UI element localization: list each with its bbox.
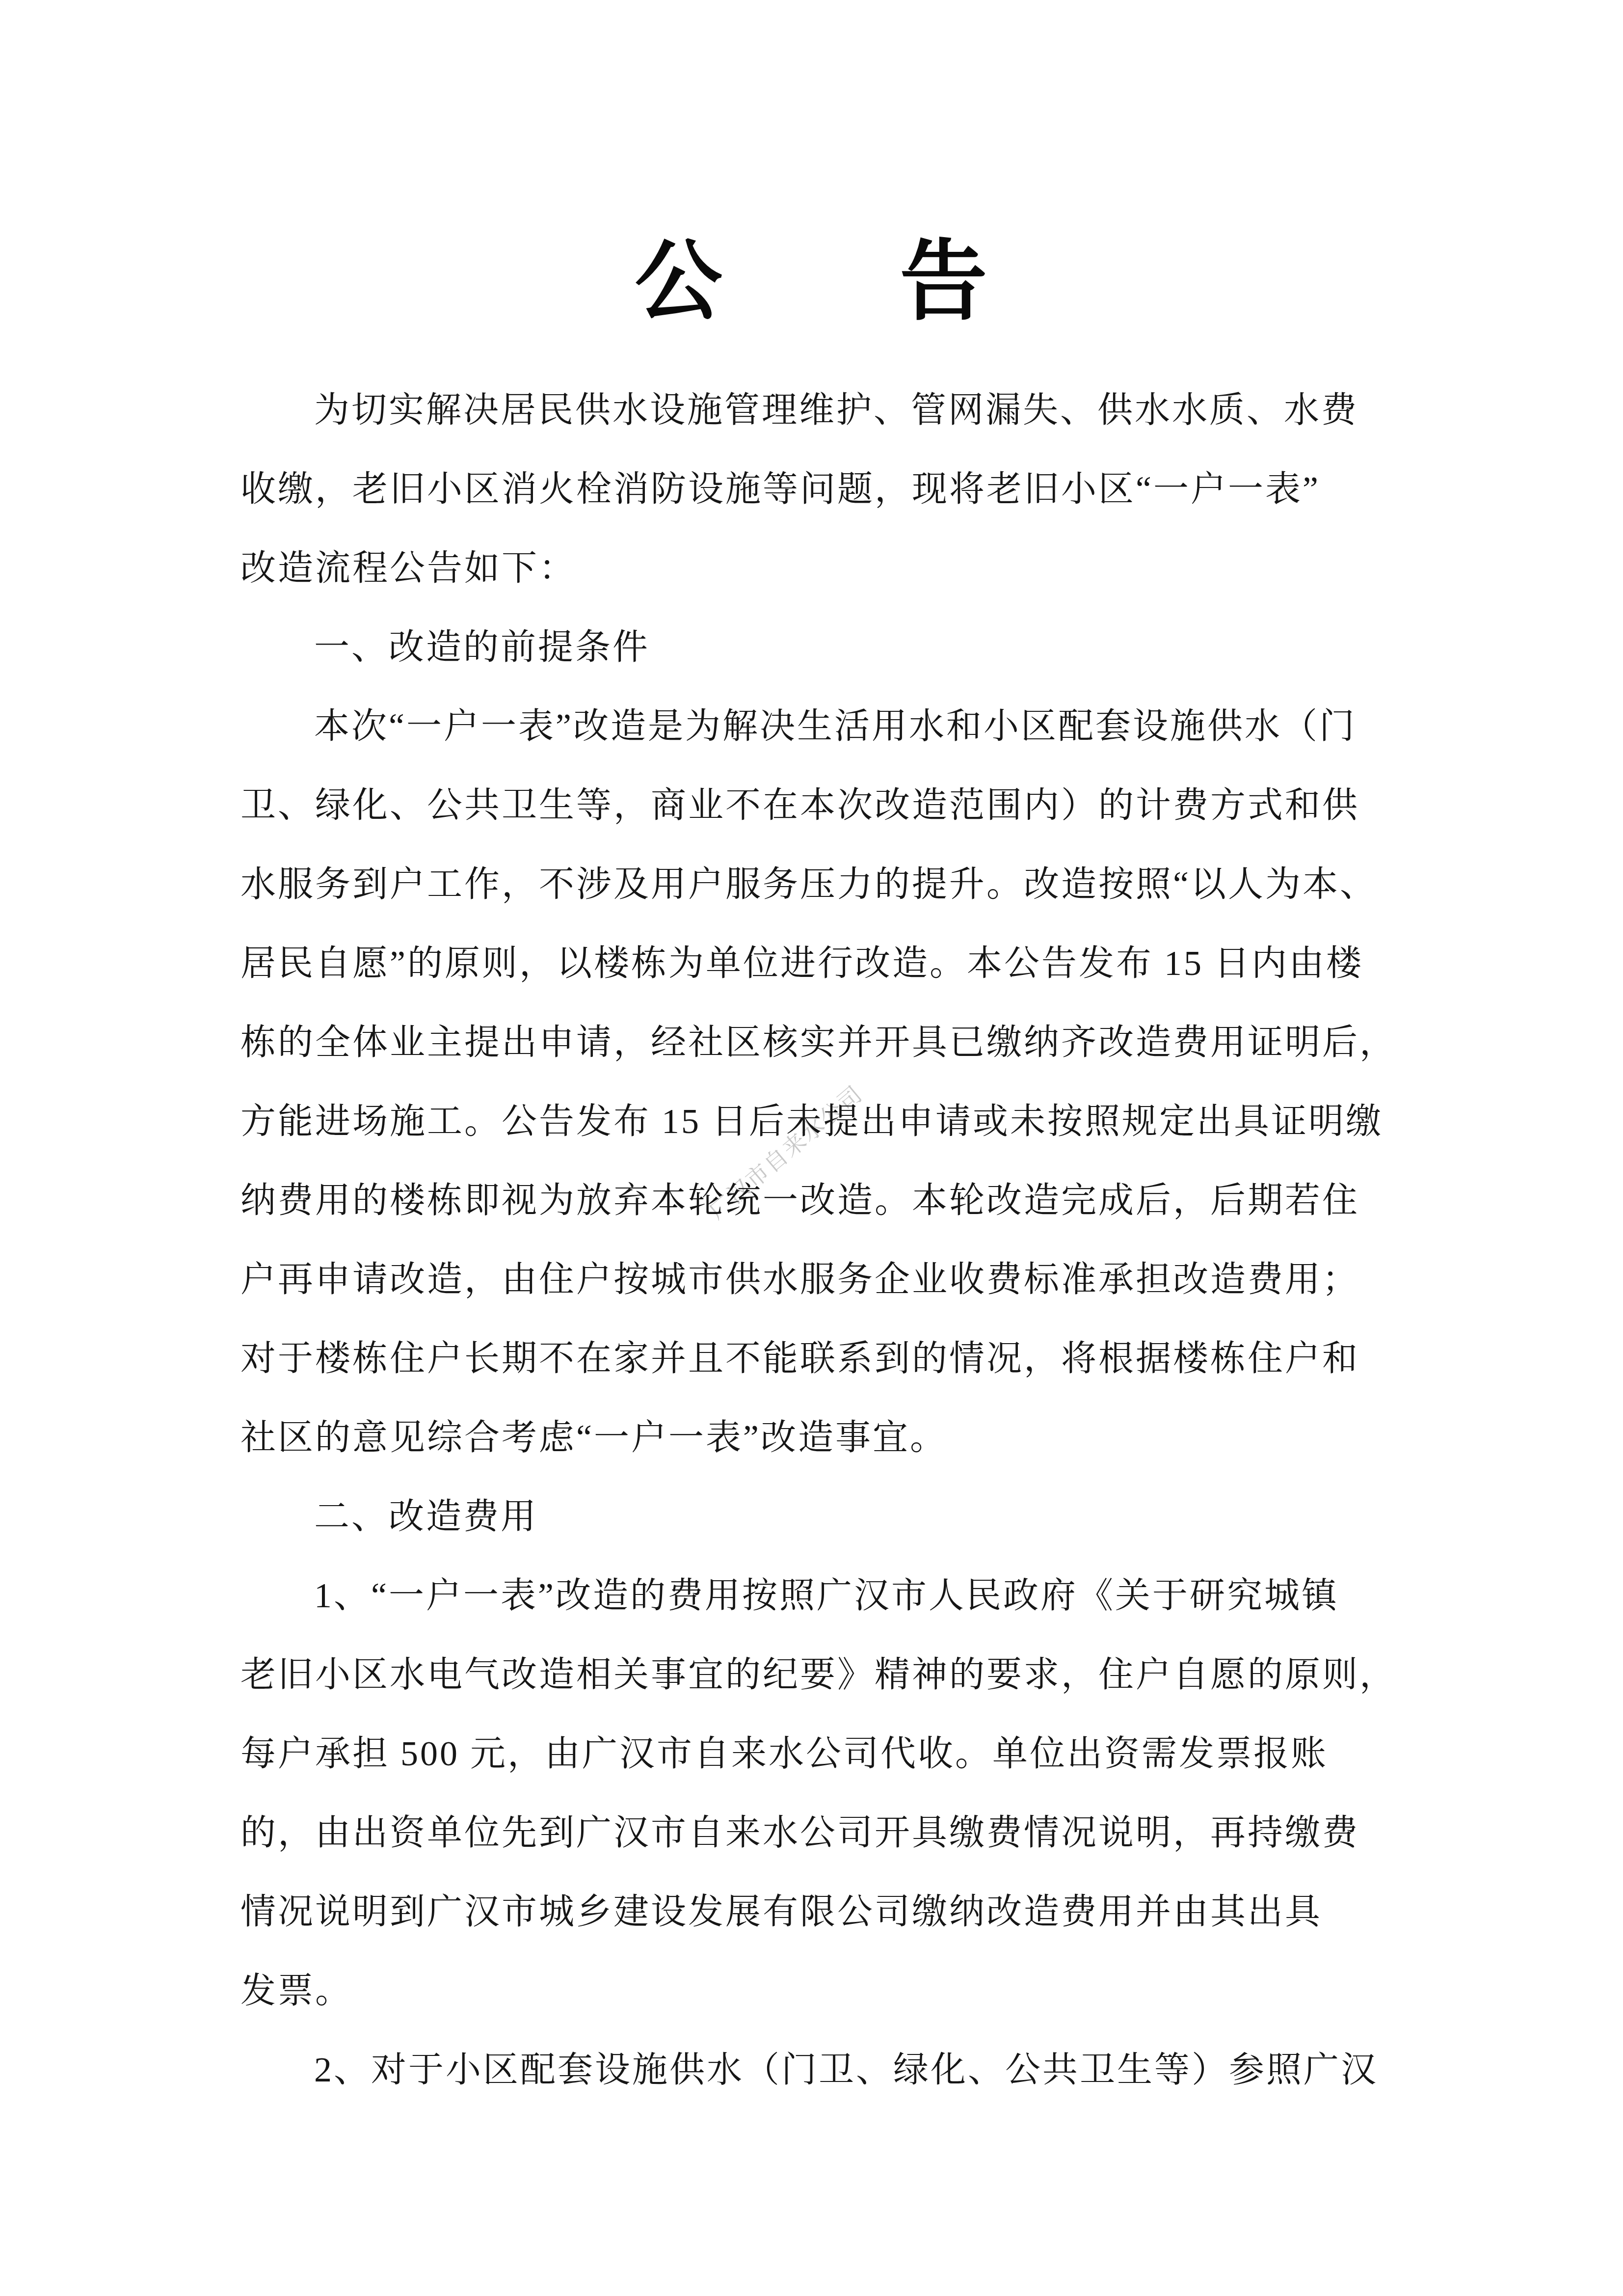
text-line: 2、对于小区配套设施供水（门卫、绿化、公共卫生等）参照广汉 [240, 2030, 1404, 2109]
text-line: 居民自愿”的原则，以楼栋为单位进行改造。本公告发布 15 日内由楼 [240, 924, 1404, 1003]
announcement-page: 公 告 广汉市自来水公司 为切实解决居民供水设施管理维护、管网漏失、供水水质、水… [0, 0, 1623, 2296]
section-heading: 二、改造费用 [240, 1477, 1404, 1556]
text-line: 卫、绿化、公共卫生等，商业不在本次改造范围内）的计费方式和供 [240, 766, 1404, 845]
text-line: 对于楼栋住户长期不在家并且不能联系到的情况，将根据楼栋住户和 [240, 1319, 1404, 1398]
text-line: 纳费用的楼栋即视为放弃本轮统一改造。本轮改造完成后，后期若住 [240, 1161, 1404, 1240]
text-line: 水服务到户工作，不涉及用户服务压力的提升。改造按照“以人为本、 [240, 845, 1404, 924]
text-line: 的，由出资单位先到广汉市自来水公司开具缴费情况说明，再持缴费 [240, 1793, 1404, 1872]
text-line: 方能进场施工。公告发布 15 日后未提出申请或未按照规定出具证明缴 [240, 1082, 1404, 1161]
text-line: 社区的意见综合考虑“一户一表”改造事宜。 [240, 1398, 1404, 1477]
document-title: 公 告 [0, 211, 1623, 337]
document-body: 为切实解决居民供水设施管理维护、管网漏失、供水水质、水费 收缴，老旧小区消火栓消… [240, 371, 1404, 2109]
text-line: 改造流程公告如下： [240, 529, 1404, 608]
text-line: 收缴，老旧小区消火栓消防设施等问题，现将老旧小区“一户一表” [240, 450, 1404, 529]
text-line: 本次“一户一表”改造是为解决生活用水和小区配套设施供水（门 [240, 687, 1404, 766]
text-line: 情况说明到广汉市城乡建设发展有限公司缴纳改造费用并由其出具 [240, 1872, 1404, 1951]
text-line: 为切实解决居民供水设施管理维护、管网漏失、供水水质、水费 [240, 371, 1404, 450]
text-line: 发票。 [240, 1951, 1404, 2030]
text-line: 每户承担 500 元，由广汉市自来水公司代收。单位出资需发票报账 [240, 1714, 1404, 1793]
text-line: 户再申请改造，由住户按城市供水服务企业收费标准承担改造费用； [240, 1240, 1404, 1319]
text-line: 栋的全体业主提出申请，经社区核实并开具已缴纳齐改造费用证明后， [240, 1003, 1404, 1082]
text-line: 1、“一户一表”改造的费用按照广汉市人民政府《关于研究城镇 [240, 1556, 1404, 1635]
section-heading: 一、改造的前提条件 [240, 608, 1404, 687]
text-line: 老旧小区水电气改造相关事宜的纪要》精神的要求，住户自愿的原则， [240, 1635, 1404, 1714]
